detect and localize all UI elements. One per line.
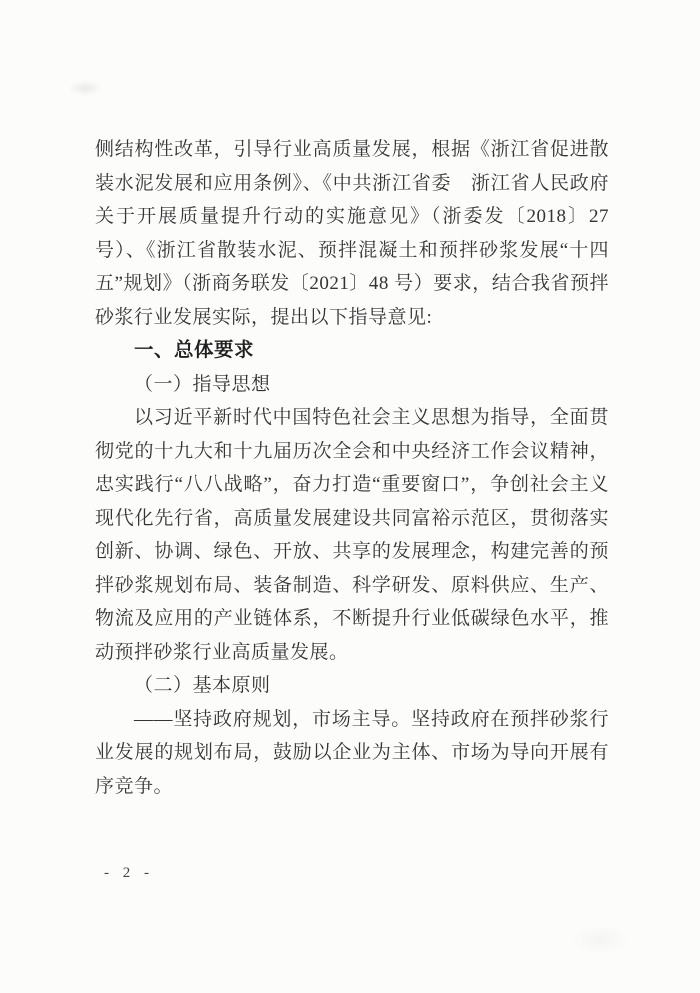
sub-heading-basic-principles: （二）基本原则 — [95, 669, 609, 703]
scan-smudge — [570, 925, 630, 955]
document-page: 侧结构性改革，引导行业高质量发展，根据《浙江省促进散装水泥发展和应用条例》、《中… — [0, 0, 700, 993]
scan-smudge — [68, 80, 102, 96]
section-heading: 一、总体要求 — [95, 334, 609, 368]
paragraph-continuation: 侧结构性改革，引导行业高质量发展，根据《浙江省促进散装水泥发展和应用条例》、《中… — [95, 133, 609, 334]
paragraph-guiding-ideology: 以习近平新时代中国特色社会主义思想为指导，全面贯彻党的十九大和十九届历次全会和中… — [95, 401, 609, 669]
document-body: 侧结构性改革，引导行业高质量发展，根据《浙江省促进散装水泥发展和应用条例》、《中… — [95, 133, 609, 803]
page-number: - 2 - — [104, 865, 154, 882]
sub-heading-guiding-ideology: （一）指导思想 — [95, 368, 609, 402]
paragraph-basic-principles: ——坚持政府规划，市场主导。坚持政府在预拌砂浆行业发展的规划布局，鼓励以企业为主… — [95, 703, 609, 804]
